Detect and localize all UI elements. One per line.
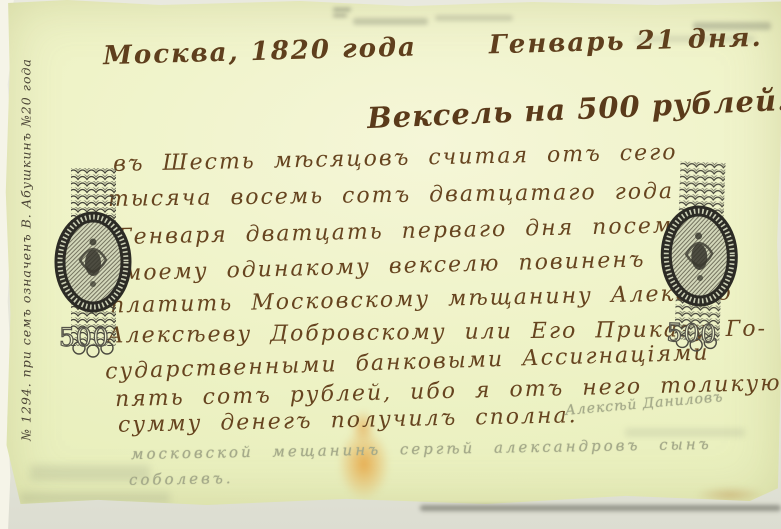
bleedthrough-mark — [333, 8, 351, 11]
oval-seal — [57, 214, 129, 310]
margin-registration-note: № 1294. при семъ означенъ В. Абушкинъ №2… — [19, 50, 34, 450]
scanned-promissory-note: № 1294. при семъ означенъ В. Абушкинъ №2… — [0, 0, 781, 529]
note-paper: № 1294. при семъ означенъ В. Абушкинъ №2… — [5, 0, 781, 506]
revenue-stamp-left: 500 — [33, 168, 153, 372]
bleedthrough-mark — [333, 14, 347, 17]
dateline-place-year: Москва, 1820 года — [103, 32, 418, 71]
stamp-denomination: 500 — [59, 323, 110, 352]
revenue-stamp-right: 500 — [635, 160, 762, 368]
stamp-denomination: 500 — [666, 318, 718, 349]
body-line: Генваря дватцать перваго дня посему — [117, 213, 688, 250]
paper-shadow — [420, 505, 781, 511]
bleedthrough-mark — [435, 15, 513, 21]
endorsement-line: московской мещанинъ сергѣй александровъ … — [131, 435, 712, 463]
dateline: Москва, 1820 года Генварь 21 дня. — [103, 23, 763, 71]
body-line: въ Шесть мѣсяцовъ считая отъ сего — [113, 140, 678, 177]
body-line: тысяча восемь сотъ дватцатаго года — [108, 179, 674, 212]
paper-stain — [695, 486, 765, 504]
bleedthrough-mark — [20, 492, 170, 504]
dateline-day: Генварь 21 дня. — [488, 23, 762, 61]
bleedthrough-mark — [353, 18, 428, 25]
endorsement-line: соболевъ. — [129, 469, 234, 489]
note-title: Вексель на 500 рублей. — [366, 83, 781, 135]
oval-seal — [662, 207, 737, 305]
